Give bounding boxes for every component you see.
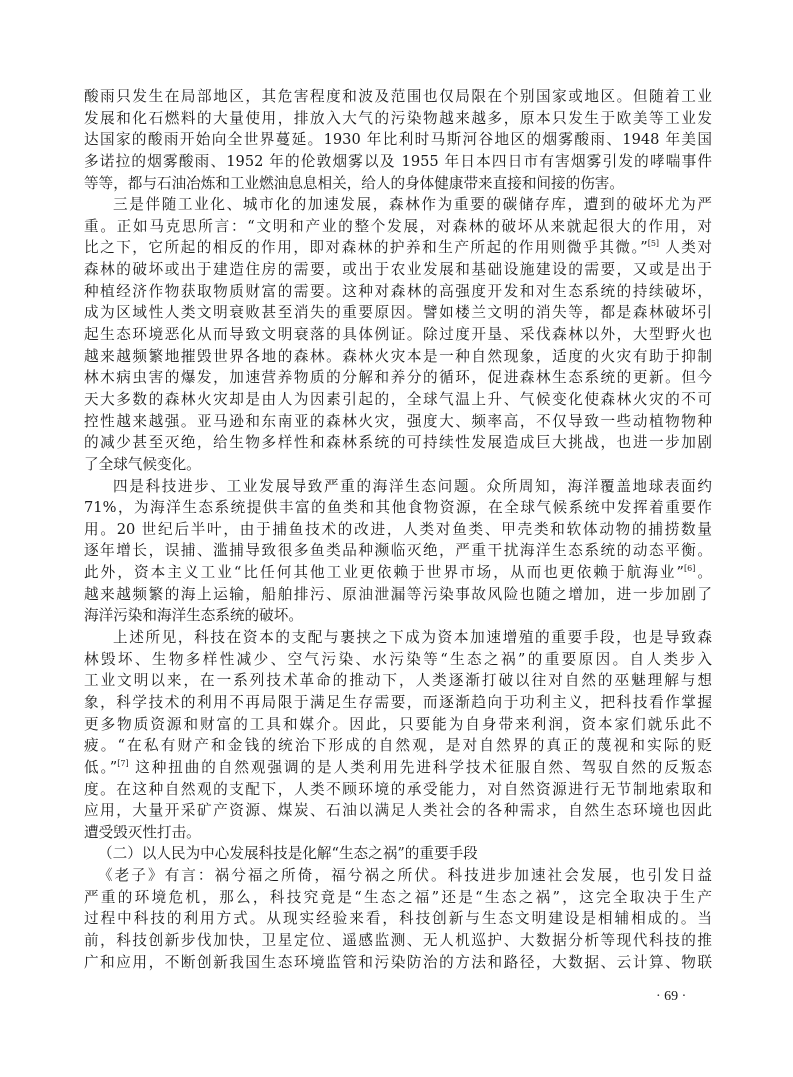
page-number: · 69 · [656, 989, 686, 1005]
text-line: 越来越频繁的海上运输，船舶排污、原油泄漏等污染事故风险也随之增加，进一步加剧了 [84, 584, 712, 606]
text-line: 越来越频繁地摧毁世界各地的森林。森林火灾本是一种自然现象，适度的火灾有助于抑制 [84, 346, 712, 368]
paragraph-acid-rain: 酸雨只发生在局部地区，其危害程度和波及范围也仅局限在个别国家或地区。但随着工业 … [84, 86, 712, 194]
text-line: 疲。“在私有财产和金钱的统治下形成的自然观，是对自然界的真正的蔑视和实际的贬 [84, 735, 712, 757]
text-line: 用。20 世纪后半叶，由于捕鱼技术的改进，人类对鱼类、甲壳类和软体动物的捕捞数量 [84, 519, 712, 541]
text-line: 71%，为海洋生态系统提供丰富的鱼类和其他食物资源，在全球气候系统中发挥着重要作 [84, 497, 712, 519]
text-line: 起生态环境恶化从而导致文明衰落的具体例证。除过度开垦、采伐森林以外，大型野火也 [84, 324, 712, 346]
citation-marker: [7] [117, 759, 128, 768]
text-line: 达国家的酸雨开始向全世界蔓延。1930 年比利时马斯河谷地区的烟雾酸雨、1948… [84, 129, 712, 151]
section-heading-text: （二）以人民为中心发展科技是化解“生态之祸”的重要手段 [84, 843, 712, 865]
citation-marker: [6] [684, 564, 695, 573]
text-line: 上述所见，科技在资本的支配与裹挟之下成为资本加速增殖的重要手段，也是导致森 [84, 627, 712, 649]
text-line: 发展和化石燃料的大量使用，排放入大气的污染物越来越多，原本只发生于欧美等工业发 [84, 108, 712, 130]
text-line: 工业文明以来，在一系列技术革命的推动下，人类逐渐打破以往对自然的巫魅理解与想 [84, 670, 712, 692]
text-line: 等等，都与石油冶炼和工业燃油息息相关，给人的身体健康带来直接和间接的伤害。 [84, 173, 712, 195]
text-line: 海洋污染和海洋生态系统的破坏。 [84, 605, 712, 627]
text-line: 控性越来越强。亚马逊和东南亚的森林火灾，强度大、频率高，不仅导致一些动植物物种 [84, 411, 712, 433]
text-line-with-citation: 低。”[7] 这种扭曲的自然观强调的是人类利用先进科学技术征服自然、驾驭自然的反… [84, 757, 712, 779]
text-line: 遭受毁灭性打击。 [84, 822, 712, 844]
text-line: 森林的破坏或出于建造住房的需要，或出于农业发展和基础设施建设的需要，又或是出于 [84, 259, 712, 281]
text-line: 更多物质资源和财富的工具和媒介。因此，只要能为自身带来利润，资本家们就乐此不 [84, 714, 712, 736]
section-heading: （二）以人民为中心发展科技是化解“生态之祸”的重要手段 [84, 843, 712, 865]
text-line: 过程中科技的利用方式。从现实经验来看，科技创新与生态文明建设是相辅相成的。当 [84, 908, 712, 930]
text-line: 林木病虫害的爆发，加速营养物质的分解和养分的循环，促进森林生态系统的更新。但今 [84, 367, 712, 389]
text-line: 逐年增长，误捕、滥捕导致很多鱼类品种濒临灭绝，严重干扰海洋生态系统的动态平衡。 [84, 540, 712, 562]
paragraph-forest: 三是伴随工业化、城市化的加速发展，森林作为重要的碳储存库，遭到的破坏尤为严 重。… [84, 194, 712, 475]
text-line: 种植经济作物获取物质财富的需要。这种对森林的高强度开发和对生态系统的持续破坏， [84, 281, 712, 303]
page-body: 酸雨只发生在局部地区，其危害程度和波及范围也仅局限在个别国家或地区。但随着工业 … [84, 86, 712, 973]
text-line: 四是科技进步、工业发展导致严重的海洋生态问题。众所周知，海洋覆盖地球表面约 [84, 476, 712, 498]
text-line-with-citation: 此外，资本主义工业“比任何其他工业更依赖于世界市场，从而也更依赖于航海业”[6]… [84, 562, 712, 584]
text-line: 林毁坏、生物多样性减少、空气污染、水污染等“生态之祸”的重要原因。自人类步入 [84, 649, 712, 671]
paragraph-ocean: 四是科技进步、工业发展导致严重的海洋生态问题。众所周知，海洋覆盖地球表面约 71… [84, 476, 712, 627]
text-line: 重。正如马克思所言：“文明和产业的整个发展，对森林的破坏从来就起很大的作用，对 [84, 216, 712, 238]
text-line: 前，科技创新步伐加快，卫星定位、遥感监测、无人机巡护、大数据分析等现代科技的推 [84, 930, 712, 952]
text-line: 了全球气候变化。 [84, 454, 712, 476]
text-line: 严重的环境危机，那么，科技究竟是“生态之福”还是“生态之祸”，这完全取决于生产 [84, 887, 712, 909]
text-line: 的减少甚至灭绝，给生物多样性和森林系统的可持续性发展造成巨大挑战，也进一步加剧 [84, 432, 712, 454]
paragraph-laozi: 《老子》有言：祸兮福之所倚，福兮祸之所伏。科技进步加速社会发展，也引发日益 严重… [84, 865, 712, 973]
text-line: 《老子》有言：祸兮福之所倚，福兮祸之所伏。科技进步加速社会发展，也引发日益 [84, 865, 712, 887]
text-line: 广和应用，不断创新我国生态环境监管和污染防治的方法和路径，大数据、云计算、物联 [84, 952, 712, 974]
text-line: 应用，大量开采矿产资源、煤炭、石油以满足人类社会的各种需求，自然生态环境也因此 [84, 800, 712, 822]
text-line: 象，科学技术的利用不再局限于满足生存需要，而逐渐趋向于功利主义，把科技看作掌握 [84, 692, 712, 714]
text-line: 成为区域性人类文明衰败甚至消失的重要原因。譬如楼兰文明的消失等，都是森林破坏引 [84, 302, 712, 324]
text-line: 三是伴随工业化、城市化的加速发展，森林作为重要的碳储存库，遭到的破坏尤为严 [84, 194, 712, 216]
citation-marker: [5] [648, 239, 659, 248]
text-line-with-citation: 比之下，它所起的相反的作用，即对森林的护养和生产所起的作用则微乎其微。”[5] … [84, 237, 712, 259]
text-line: 酸雨只发生在局部地区，其危害程度和波及范围也仅局限在个别国家或地区。但随着工业 [84, 86, 712, 108]
text-line: 天大多数的森林火灾却是由人为因素引起的，全球气温上升、气候变化使森林火灾的不可 [84, 389, 712, 411]
paragraph-summary: 上述所见，科技在资本的支配与裹挟之下成为资本加速增殖的重要手段，也是导致森 林毁… [84, 627, 712, 843]
text-line: 多诺拉的烟雾酸雨、1952 年的伦敦烟雾以及 1955 年日本四日市有害烟雾引发… [84, 151, 712, 173]
text-line: 度。在这种自然观的支配下，人类不顾环境的承受能力，对自然资源进行无节制地索取和 [84, 779, 712, 801]
